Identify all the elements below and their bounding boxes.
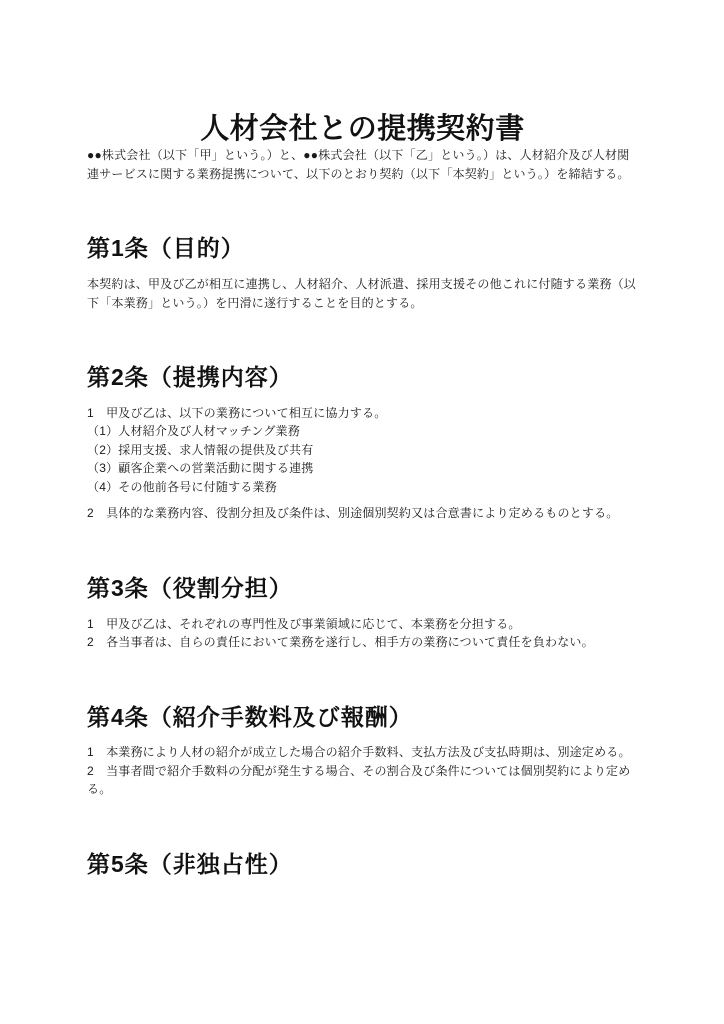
intro-paragraph: ●●株式会社（以下「甲」という。）と、●●株式会社（以下「乙」という。）は、人材…: [87, 146, 638, 183]
section-heading: 第4条（紹介手数料及び報酬）: [87, 703, 638, 732]
contract-section: 第4条（紹介手数料及び報酬）1 本業務により人材の紹介が成立した場合の紹介手数料…: [87, 703, 638, 799]
contract-document-page: 人材会社との提携契約書 ●●株式会社（以下「甲」という。）と、●●株式会社（以下…: [0, 0, 724, 1024]
contract-section: 第2条（提携内容）1 甲及び乙は、以下の業務について相互に協力する。（1）人材紹…: [87, 363, 638, 523]
sections: 第1条（目的）本契約は、甲及び乙が相互に連携し、人材紹介、人材派遣、採用支援その…: [87, 234, 638, 878]
list-item: （4）その他前各号に付随する業務: [87, 478, 638, 497]
section-heading: 第1条（目的）: [87, 234, 638, 263]
contract-section: 第1条（目的）本契約は、甲及び乙が相互に連携し、人材紹介、人材派遣、採用支援その…: [87, 234, 638, 312]
numbered-clause: 1 甲及び乙は、以下の業務について相互に協力する。: [87, 404, 638, 423]
list-item: （2）採用支援、求人情報の提供及び共有: [87, 441, 638, 460]
numbered-clause: 1 甲及び乙は、それぞれの専門性及び事業領域に応じて、本業務を分担する。: [87, 615, 638, 634]
document-title: 人材会社との提携契約書: [87, 113, 638, 146]
section-heading: 第2条（提携内容）: [87, 363, 638, 392]
numbered-clause: 2 各当事者は、自らの責任において業務を遂行し、相手方の業務について責任を負わな…: [87, 633, 638, 652]
clause-paragraph: 本契約は、甲及び乙が相互に連携し、人材紹介、人材派遣、採用支援その他これに付随す…: [87, 275, 638, 312]
numbered-clause: 2 当事者間で紹介手数料の分配が発生する場合、その割合及び条件については個別契約…: [87, 762, 638, 799]
list-item: （3）顧客企業への営業活動に関する連携: [87, 459, 638, 478]
numbered-clause: 1 本業務により人材の紹介が成立した場合の紹介手数料、支払方法及び支払時期は、別…: [87, 743, 638, 762]
section-heading: 第3条（役割分担）: [87, 574, 638, 603]
list-item: （1）人材紹介及び人材マッチング業務: [87, 422, 638, 441]
contract-section: 第3条（役割分担）1 甲及び乙は、それぞれの専門性及び事業領域に応じて、本業務を…: [87, 574, 638, 652]
numbered-clause: 2 具体的な業務内容、役割分担及び条件は、別途個別契約又は合意書により定めるもの…: [87, 504, 638, 523]
contract-section: 第5条（非独占性）: [87, 850, 638, 879]
section-heading: 第5条（非独占性）: [87, 850, 638, 879]
